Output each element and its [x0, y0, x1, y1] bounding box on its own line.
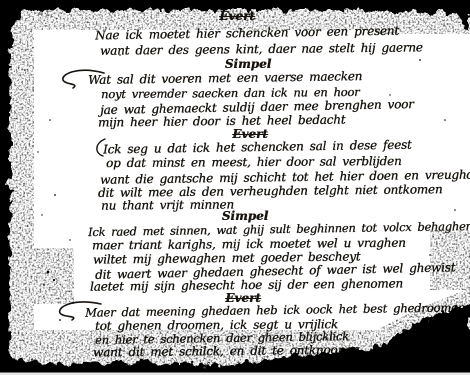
speaker-heading: Simpel	[203, 57, 293, 71]
manuscript-line: want daer des geens kint, daer nae stelt…	[100, 40, 423, 57]
speaker-heading: Evert	[192, 9, 282, 23]
manuscript-line: op dat minst en meest, hier door sal ver…	[106, 154, 402, 170]
manuscript-line: want dit met schilck, en dit te ontknoop…	[93, 343, 359, 360]
initial-swash-flourish	[58, 68, 106, 90]
initial-curl-flourish	[92, 137, 108, 159]
initial-swash-flourish	[55, 300, 103, 322]
manuscript-text: Evert Nae ick moetet hier schencken voor…	[0, 0, 470, 375]
speaker-heading: Simpel	[200, 209, 290, 223]
manuscript-scan-page: 41 Evert Nae ick moetet hier schencken v…	[0, 0, 470, 375]
manuscript-line: Nae ick moetet hier schencken voor een p…	[95, 24, 399, 43]
